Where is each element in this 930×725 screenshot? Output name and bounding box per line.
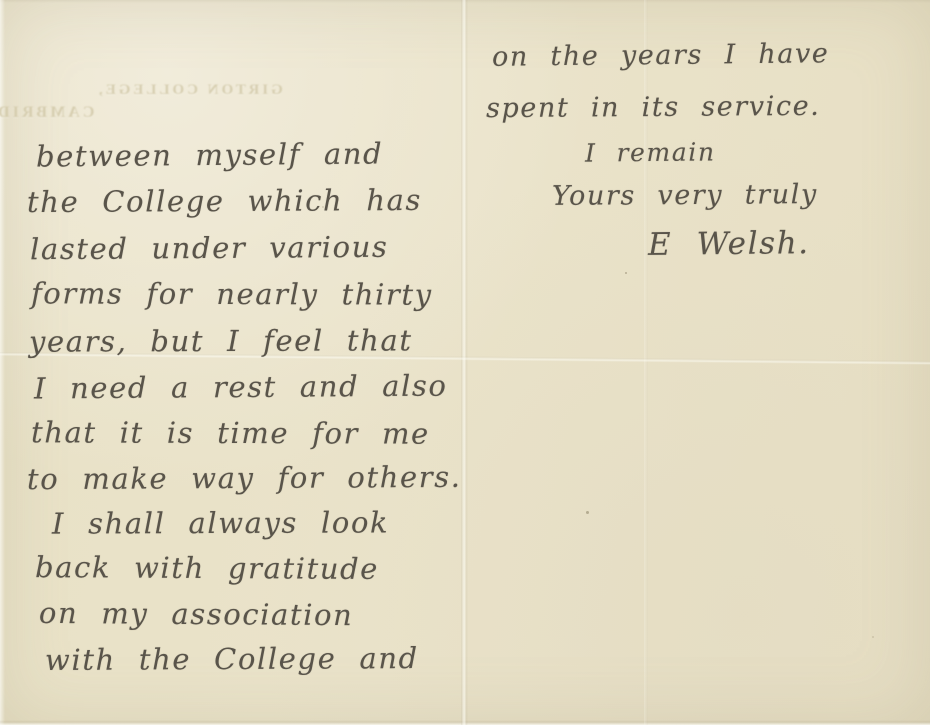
handwritten-line: on my association [39,596,354,632]
paper-speck [872,636,874,638]
handwritten-line: to make way for others. [27,460,462,496]
center-fold-crease [461,0,468,725]
handwritten-line: lasted under various [30,230,389,267]
paper-speck [322,206,324,208]
handwritten-line: between myself and [36,136,384,173]
handwritten-line: that it is time for me [31,415,430,450]
handwritten-line: I need a rest and also [34,369,448,406]
handwritten-line: forms for nearly thirty [31,276,433,311]
handwritten-line: spent in its service. [486,91,821,124]
handwritten-line: years, but I feel that [29,323,413,358]
paper-speck [586,511,589,514]
letterhead-showthrough-line2: CAMBRIDGE [0,104,94,122]
scanned-letter: GIRTON COLLEGE, CAMBRIDGE between myself… [0,0,930,725]
valediction-line: Yours very truly [552,179,818,212]
handwritten-line: back with gratitude [35,550,379,586]
handwritten-line: I shall always look [52,505,389,540]
letterhead-showthrough-line1: GIRTON COLLEGE, [96,82,283,99]
handwritten-line: on the years I have [492,38,830,73]
paper-speck [625,272,627,274]
handwritten-line: the College which has [27,183,422,219]
closing-line: I remain [585,137,716,167]
handwritten-line: with the College and [45,641,419,677]
signature: E Welsh. [648,225,810,263]
